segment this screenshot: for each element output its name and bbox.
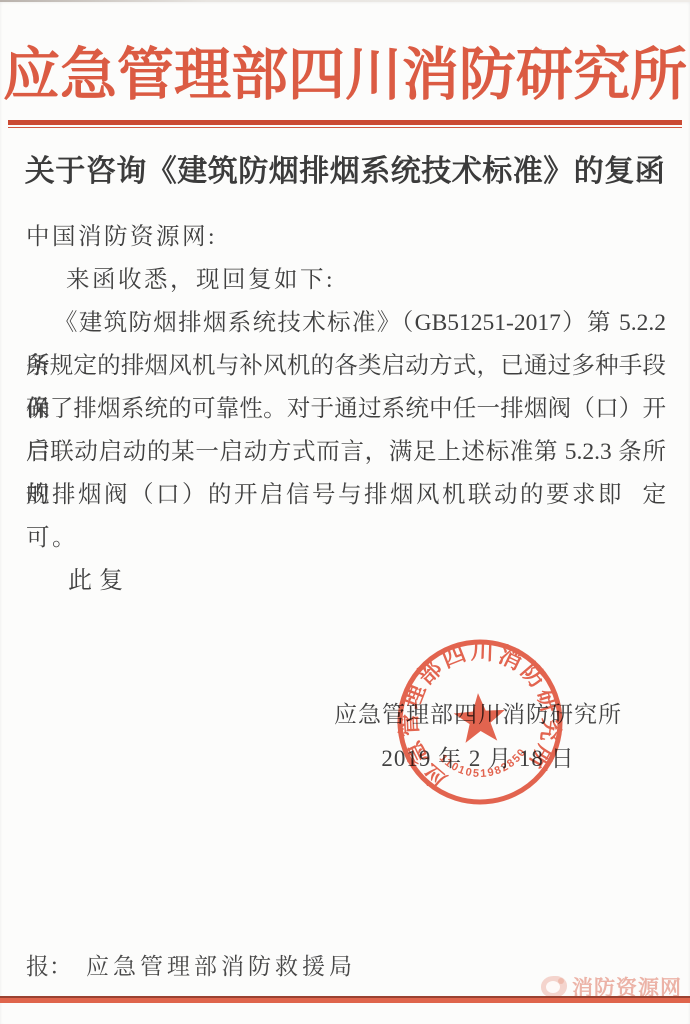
divider-thick-line (8, 120, 682, 125)
paragraph-line: 保了排烟系统的可靠性。对于通过系统中任一排烟阀（口）开启 (26, 388, 666, 431)
document-title: 关于咨询《建筑防烟排烟系统技术标准》的复函 (0, 146, 690, 190)
watermark-logo-icon (541, 976, 567, 998)
divider-thin-line (8, 127, 682, 129)
letter-body: 中国消防资源网: 来函收悉，现回复如下: 《建筑防烟排烟系统技术标准》（GB51… (26, 216, 666, 517)
scanned-letter-page: 应急管理部四川消防研究所 关于咨询《建筑防烟排烟系统技术标准》的复函 中国消防资… (0, 0, 690, 1024)
footer-thick-line (0, 998, 690, 1003)
paragraph-line: 所规定的排烟风机与补风机的各类启动方式，已通过多种手段确 (26, 345, 666, 388)
recipient-line: 中国消防资源网: (26, 216, 666, 259)
cc-line: 报：应急管理部消防救援局 (26, 948, 356, 981)
svg-text:1101051982850: 1101051982850 (436, 746, 530, 783)
cc-label: 报： (26, 954, 72, 979)
letterhead-divider (8, 120, 682, 128)
seal-serial-number: 1101051982850 (436, 746, 530, 783)
paragraph-line: 《建筑防烟排烟系统技术标准》（GB51251-2017）第 5.2.2 条 (26, 302, 666, 345)
paragraph-line: 的排烟阀（口）的开启信号与排烟风机联动的要求即可。 (26, 474, 666, 517)
footer-divider (0, 996, 690, 1003)
cc-value: 应急管理部消防救援局 (86, 954, 356, 979)
seal-graphic: 应急管理部四川消防研究所 1101051982850 (394, 636, 566, 808)
paragraph-line: 后联动启动的某一启动方式而言，满足上述标准第 5.2.3 条所规定 (26, 431, 666, 474)
scan-edge (0, 0, 690, 2)
opening-line: 来函收悉，现回复如下: (26, 259, 666, 302)
closing-phrase: 此复 (68, 560, 130, 595)
official-seal: 应急管理部四川消防研究所 1101051982850 (394, 636, 566, 808)
seal-star-icon (452, 691, 507, 743)
letterhead-title: 应急管理部四川消防研究所 (0, 40, 690, 112)
